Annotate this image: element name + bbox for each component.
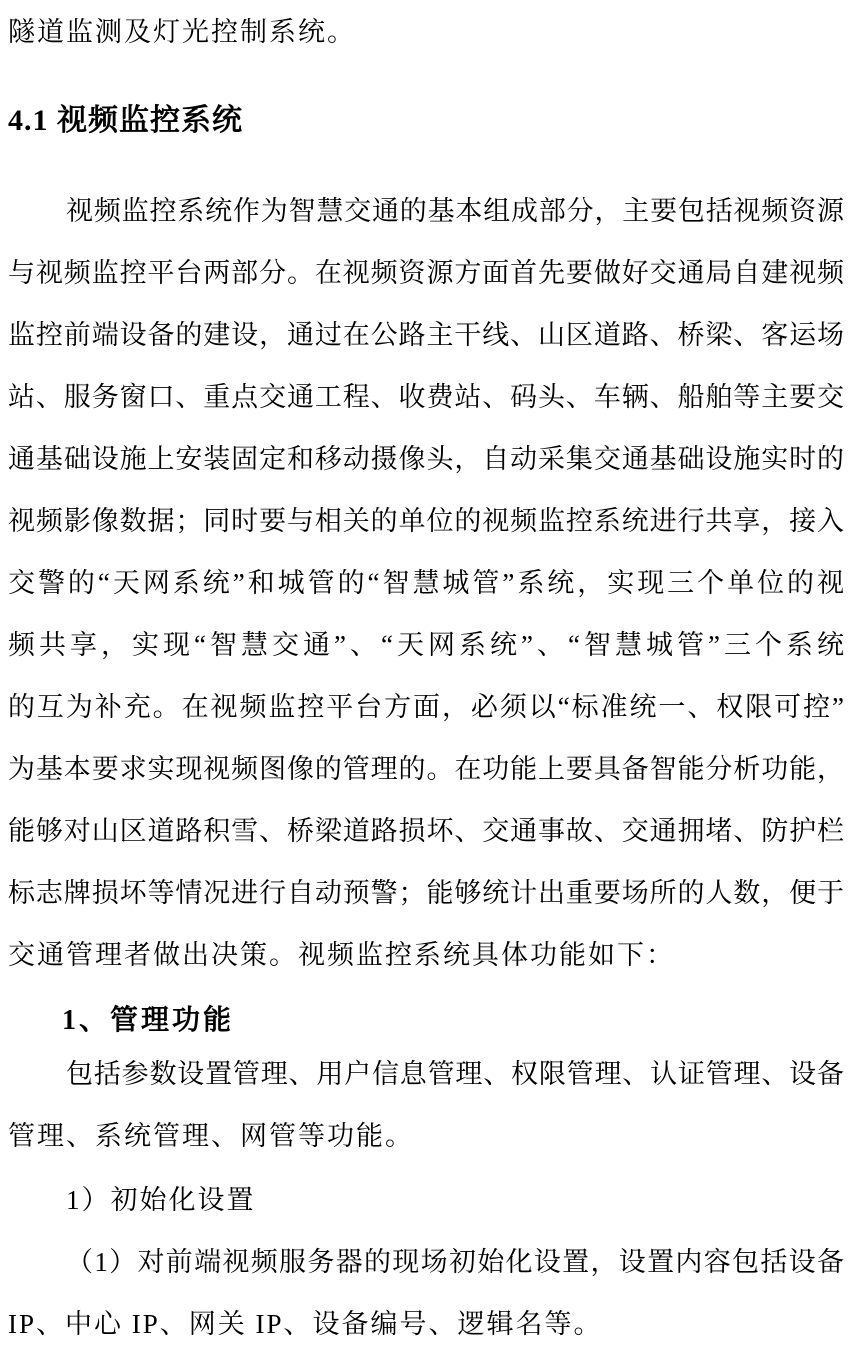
paragraph-line: 管理、系统管理、网管等功能。 bbox=[8, 1105, 844, 1167]
document-page: 隧道监测及灯光控制系统。 4.1 视频监控系统 视频监控系统作为智慧交通的基本组… bbox=[0, 0, 852, 1359]
paragraph-line: 通基础设施上安装固定和移动摄像头，自动采集交通基础设施实时的 bbox=[8, 428, 844, 490]
paragraph-line: 站、服务窗口、重点交通工程、收费站、码头、车辆、船舶等主要交 bbox=[8, 366, 844, 428]
paragraph-continuation-line: 隧道监测及灯光控制系统。 bbox=[8, 10, 844, 54]
paragraph-video-surveillance-overview: 视频监控系统作为智慧交通的基本组成部分，主要包括视频资源 与视频监控平台两部分。… bbox=[8, 180, 844, 986]
paragraph-initialization-settings: （1）对前端视频服务器的现场初始化设置，设置内容包括设备 IP、中心 IP、网关… bbox=[8, 1231, 844, 1355]
paragraph-line: IP、中心 IP、网关 IP、设备编号、逻辑名等。 bbox=[8, 1293, 844, 1355]
paragraph-line: 能够对山区道路积雪、桥梁道路损坏、交通事故、交通拥堵、防护栏 bbox=[8, 800, 844, 862]
paragraph-line: 交警的“天网系统”和城管的“智慧城管”系统，实现三个单位的视 bbox=[8, 552, 844, 614]
subsection-heading-management: 1、管理功能 bbox=[8, 999, 844, 1043]
paragraph-line: 与视频监控平台两部分。在视频资源方面首先要做好交通局自建视频 bbox=[8, 242, 844, 304]
paragraph-line: 频共享，实现“智慧交通”、“天网系统”、“智慧城管”三个系统 bbox=[8, 614, 844, 676]
paragraph-line: 的互为补充。在视频监控平台方面，必须以“标准统一、权限可控” bbox=[8, 676, 844, 738]
paragraph-line: 包括参数设置管理、用户信息管理、权限管理、认证管理、设备 bbox=[8, 1043, 844, 1105]
paragraph-line: 标志牌损坏等情况进行自动预警；能够统计出重要场所的人数，便于 bbox=[8, 862, 844, 924]
paragraph-line: （1）对前端视频服务器的现场初始化设置，设置内容包括设备 bbox=[8, 1231, 844, 1293]
paragraph-line: 监控前端设备的建设，通过在公路主干线、山区道路、桥梁、客运场 bbox=[8, 304, 844, 366]
paragraph-line: 视频影像数据；同时要与相关的单位的视频监控系统进行共享，接入 bbox=[8, 490, 844, 552]
list-item-heading-initialization: 1）初始化设置 bbox=[8, 1169, 844, 1231]
paragraph-line: 视频监控系统作为智慧交通的基本组成部分，主要包括视频资源 bbox=[8, 180, 844, 242]
section-heading: 4.1 视频监控系统 bbox=[8, 98, 844, 144]
paragraph-management-functions: 包括参数设置管理、用户信息管理、权限管理、认证管理、设备 管理、系统管理、网管等… bbox=[8, 1043, 844, 1167]
paragraph-line: 为基本要求实现视频图像的管理的。在功能上要具备智能分析功能， bbox=[8, 738, 844, 800]
paragraph-line: 交通管理者做出决策。视频监控系统具体功能如下： bbox=[8, 924, 844, 986]
